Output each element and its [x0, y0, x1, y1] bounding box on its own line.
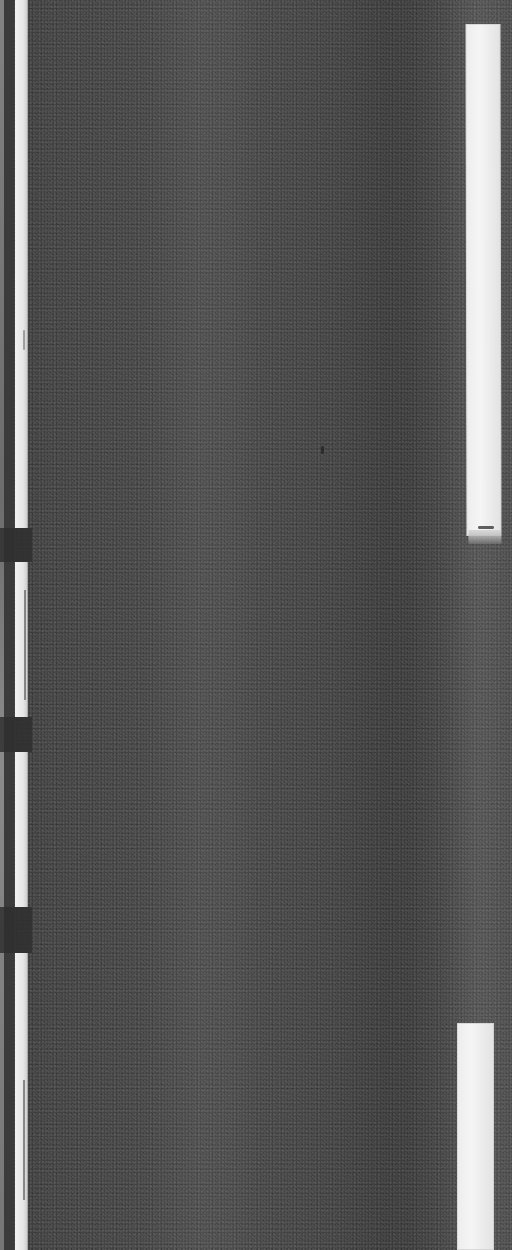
left-lane-line-segment — [15, 562, 28, 717]
marking-crack — [24, 590, 26, 700]
left-line-gap — [0, 717, 32, 752]
road-stain — [478, 526, 494, 529]
left-lane-line-segment — [15, 0, 28, 528]
left-shoulder-edge — [0, 0, 4, 1250]
right-lane-dash — [457, 1023, 494, 1250]
road-stain — [321, 446, 324, 454]
left-line-gap — [0, 528, 32, 562]
left-lane-line-segment — [15, 953, 28, 1250]
left-lane-line-segment — [15, 752, 28, 907]
road-stain — [23, 330, 25, 350]
left-line-gap — [0, 907, 32, 953]
worn-band — [140, 0, 260, 1250]
worn-band — [330, 0, 440, 1250]
marking-crack — [23, 1080, 25, 1200]
road-surface — [0, 0, 512, 1250]
right-lane-dash — [466, 24, 502, 536]
